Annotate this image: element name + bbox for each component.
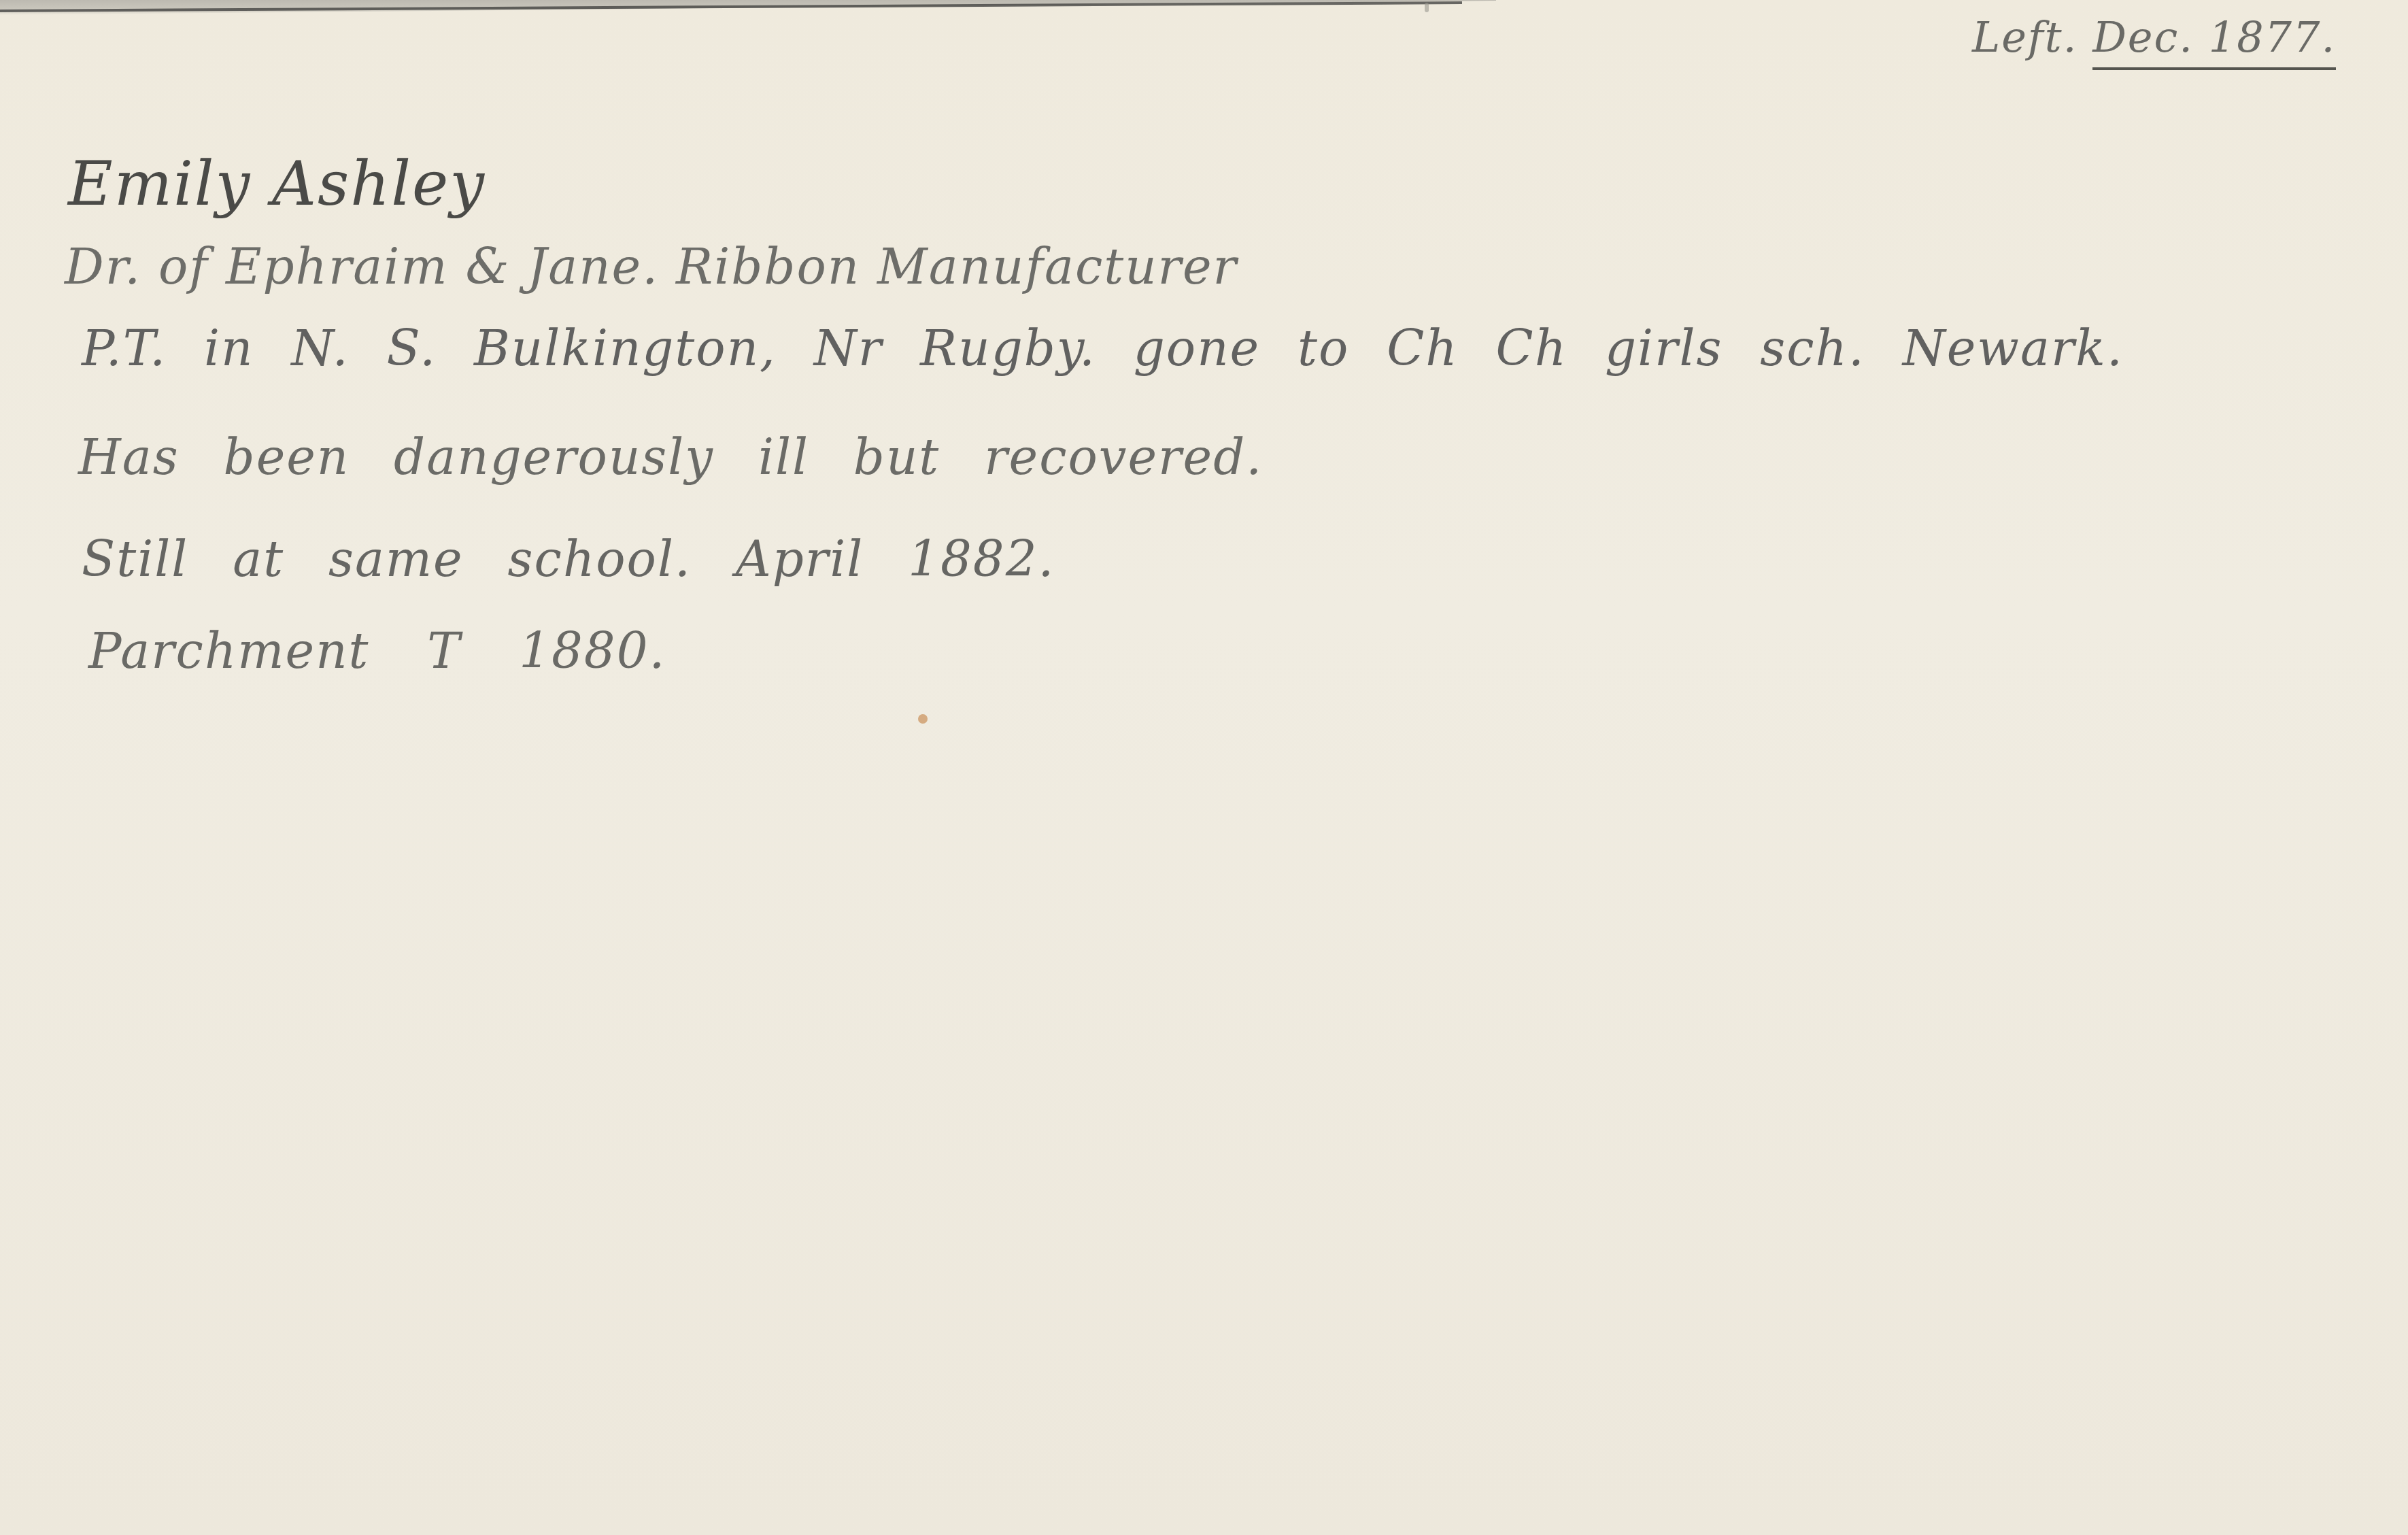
student-name: Emily Ashley: [68, 148, 486, 220]
status-note: Still at same school. April 1882.: [82, 530, 1055, 588]
position-line: P.T. in N. S. Bulkington, Nr Rugby. gone…: [82, 320, 2124, 377]
left-label: Left.: [1972, 12, 2078, 62]
parchment-note: Parchment T 1880.: [88, 622, 666, 679]
document-page: Left. Dec. 1877. Emily Ashley Dr. of Eph…: [0, 0, 2408, 1535]
health-note: Has been dangerously ill but recovered.: [78, 428, 1263, 486]
left-date: Dec. 1877.: [2092, 12, 2336, 70]
left-date-annotation: Left. Dec. 1877.: [1972, 12, 2336, 62]
parentage-line: Dr. of Ephraim & Jane. Ribbon Manufactur…: [65, 238, 1238, 295]
paper-stain: [918, 714, 928, 724]
paper-speck: [1425, 3, 1429, 12]
